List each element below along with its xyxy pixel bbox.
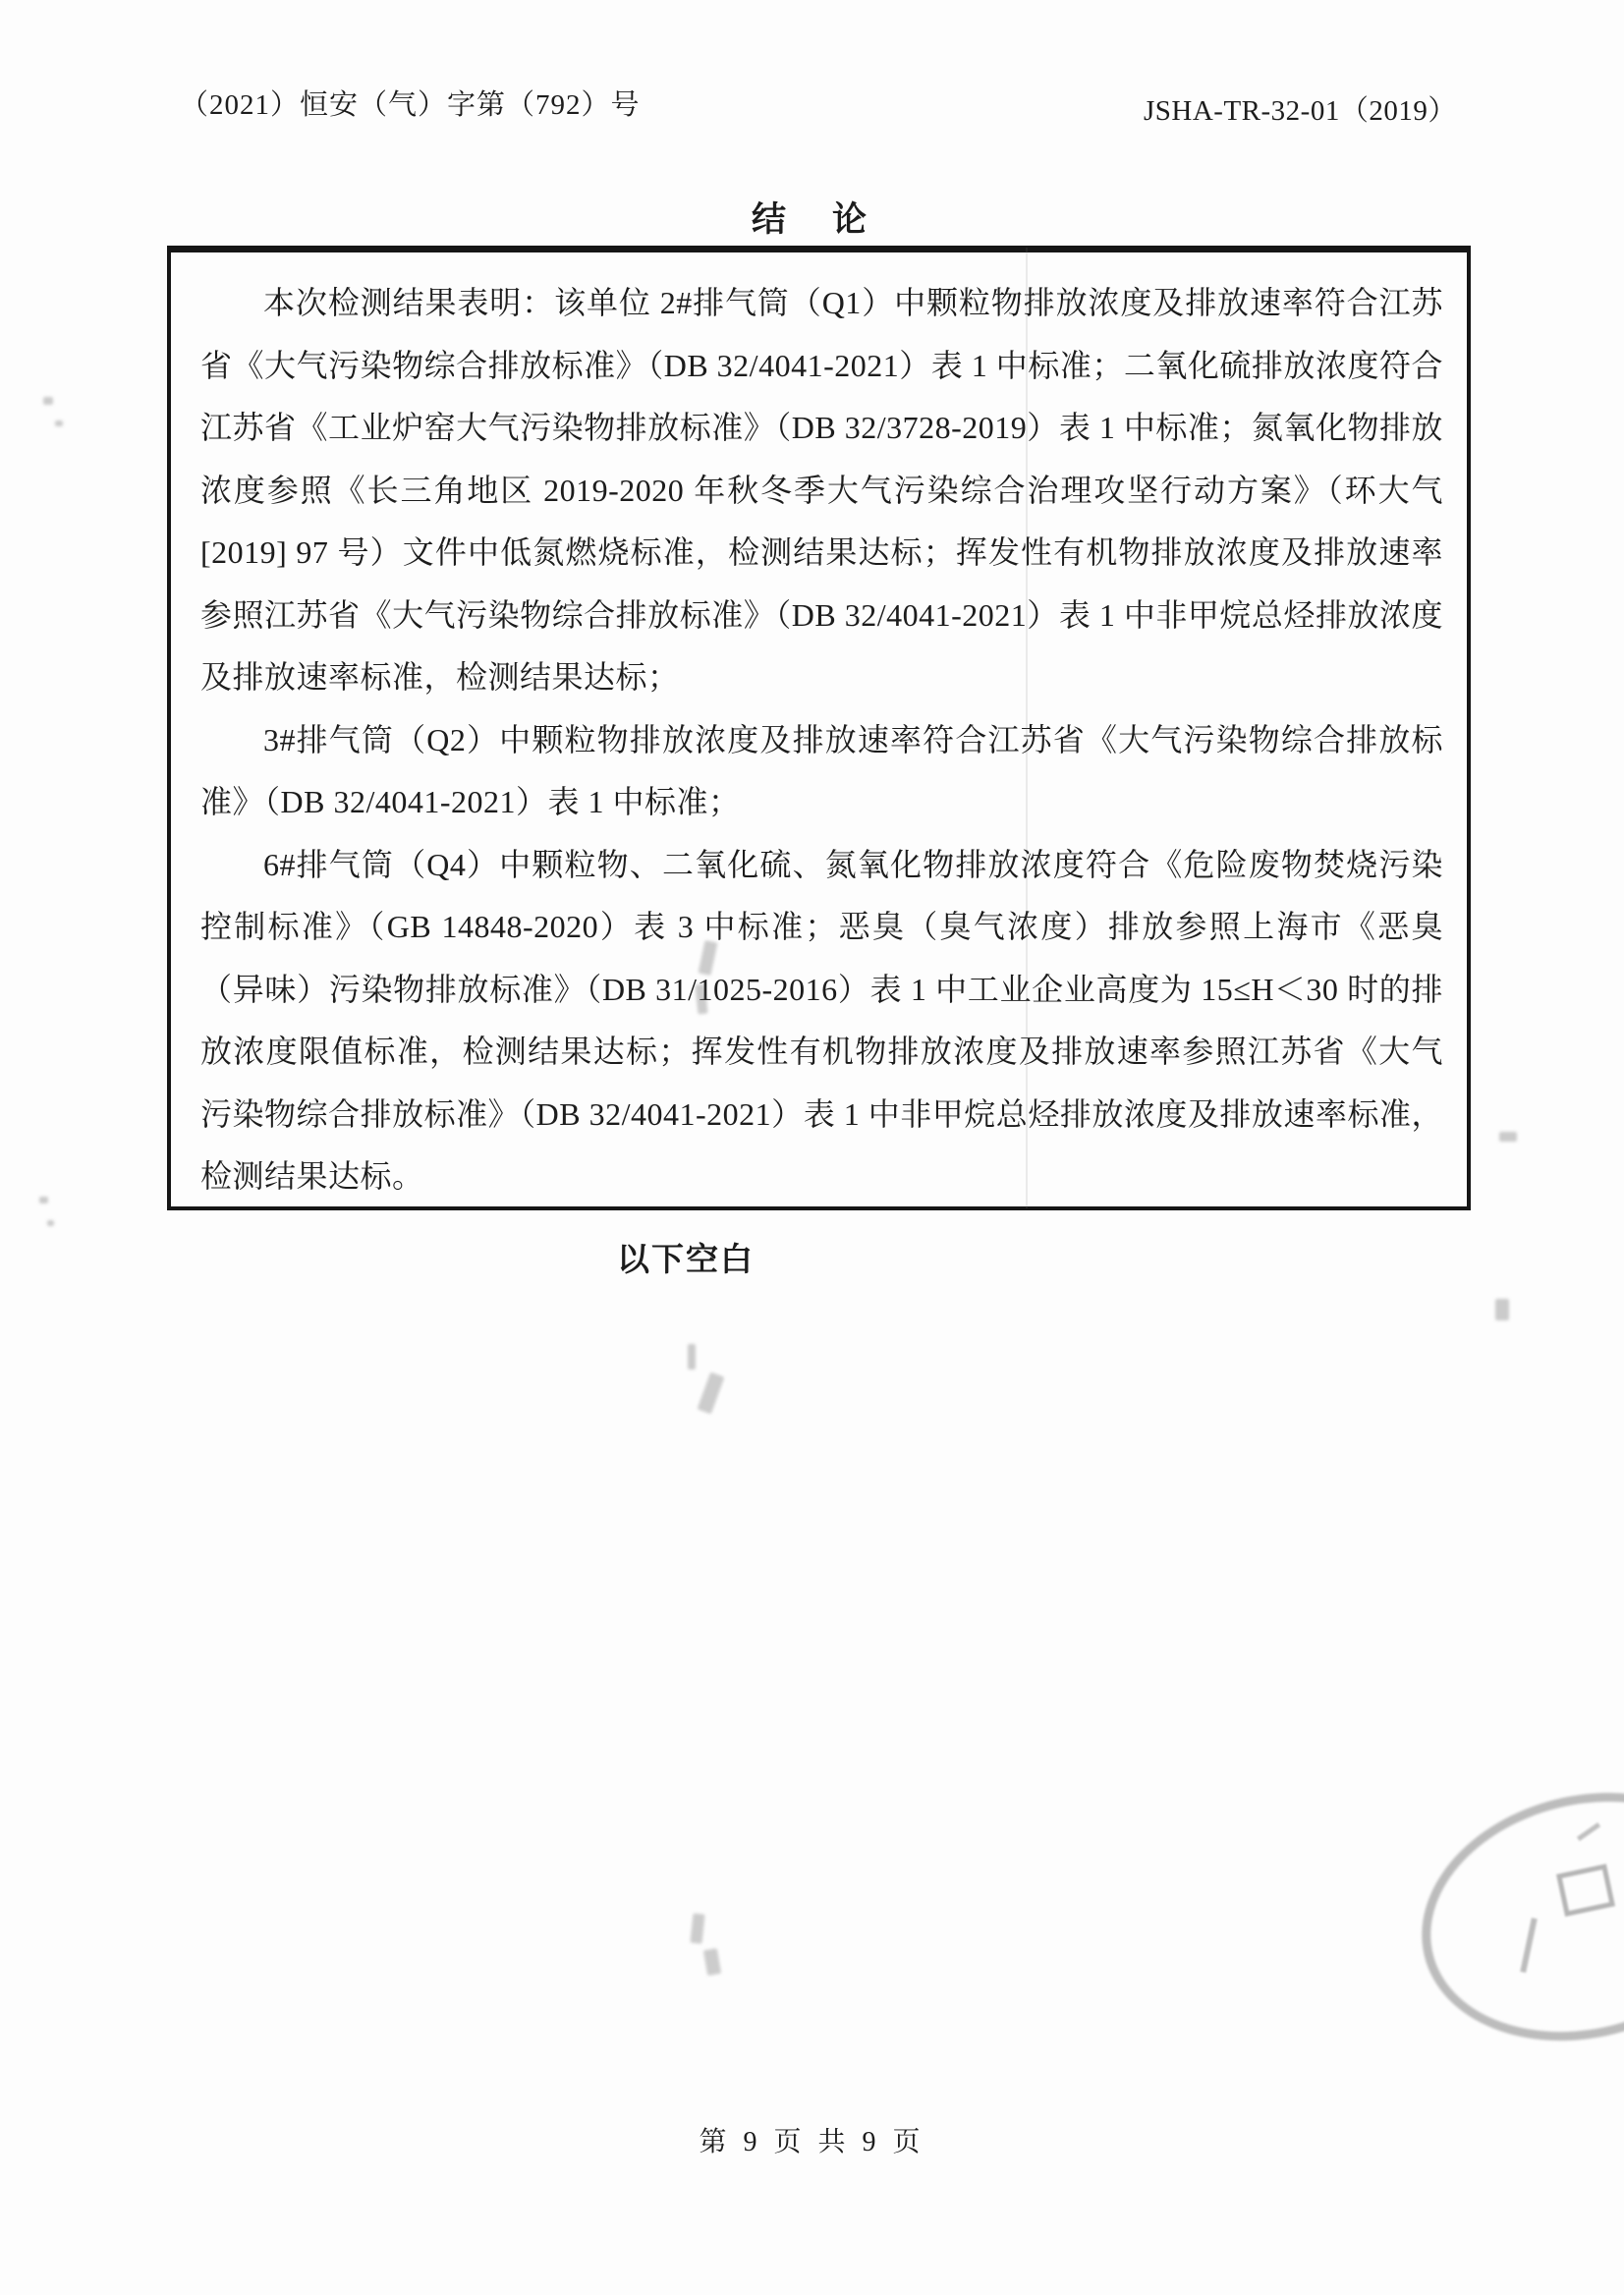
scan-artifact xyxy=(703,1948,721,1976)
scan-artifact xyxy=(39,1197,48,1203)
scan-artifact xyxy=(43,397,53,405)
scan-artifact xyxy=(690,1913,704,1943)
conclusion-box: 本次检测结果表明：该单位 2#排气筒（Q1）中颗粒物排放浓度及排放速率符合江苏省… xyxy=(167,246,1471,1210)
doc-number-left: （2021）恒安（气）字第（792）号 xyxy=(180,83,641,123)
scan-artifact xyxy=(698,1372,725,1415)
scanned-report-page: （2021）恒安（气）字第（792）号 JSHA-TR-32-01（2019） … xyxy=(0,0,1624,2295)
conclusion-paragraph-1: 本次检测结果表明：该单位 2#排气筒（Q1）中颗粒物排放浓度及排放速率符合江苏省… xyxy=(200,272,1443,709)
blank-below-marker: 以下空白 xyxy=(617,1234,755,1280)
scan-artifact xyxy=(688,1344,696,1370)
page-title: 结 论 xyxy=(0,193,1624,242)
conclusion-paragraph-2: 3#排气筒（Q2）中颗粒物排放浓度及排放速率符合江苏省《大气污染物综合排放标准》… xyxy=(200,709,1443,834)
partial-seal-stamp-icon xyxy=(1395,1760,1624,2074)
page-number-indicator: 第 9 页 共 9 页 xyxy=(0,2120,1624,2159)
conclusion-paragraph-3: 6#排气筒（Q4）中颗粒物、二氧化硫、氮氧化物排放浓度符合《危险废物焚烧污染控制… xyxy=(200,834,1443,1208)
scan-artifact xyxy=(47,1220,54,1226)
doc-number-right: JSHA-TR-32-01（2019） xyxy=(1144,88,1457,129)
scan-artifact xyxy=(1495,1299,1509,1320)
scan-artifact xyxy=(55,420,63,426)
scan-fold-line xyxy=(1026,248,1028,1208)
scan-artifact xyxy=(1499,1132,1517,1142)
